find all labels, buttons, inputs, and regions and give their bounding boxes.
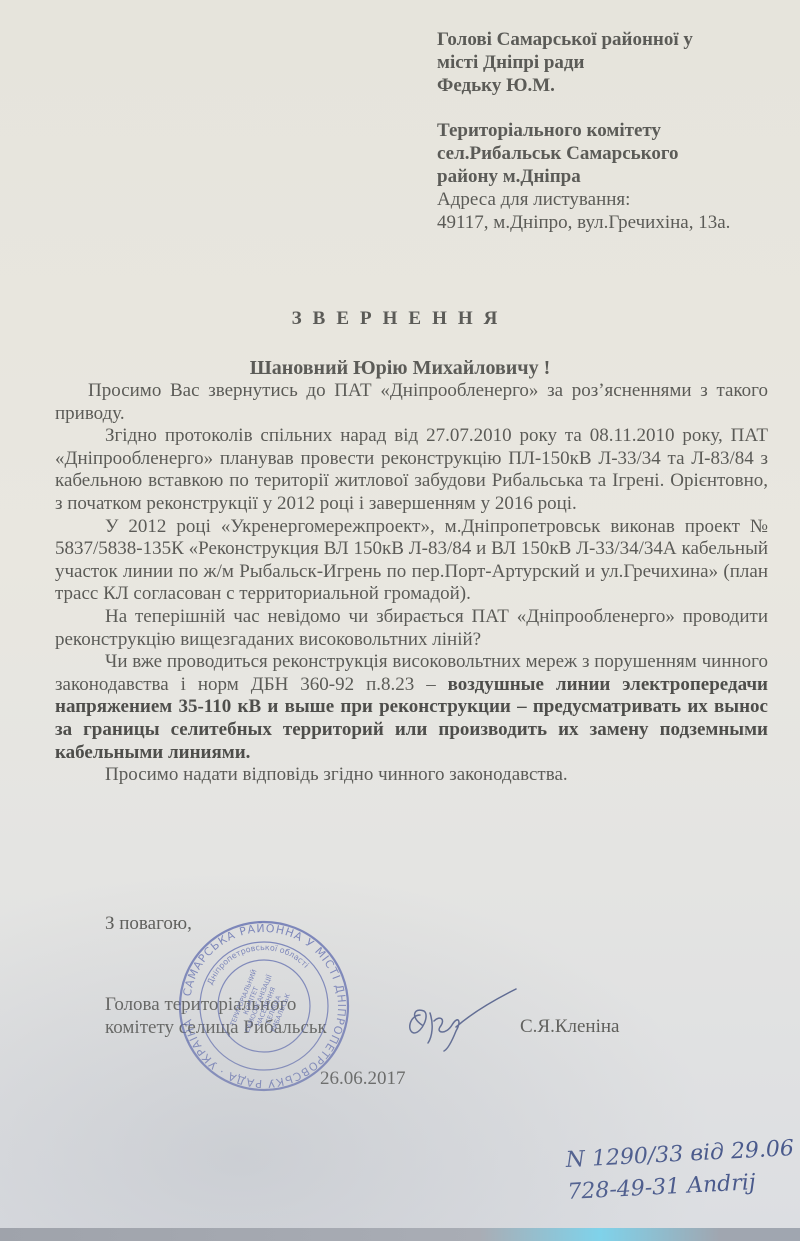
address-label: Адреса для листування: [437, 188, 797, 211]
document-title: ЗВЕРНЕННЯ [0, 308, 800, 330]
salutation: Шановний Юрію Михайловичу ! [0, 357, 800, 380]
paragraph: У 2012 році «Укренергомережпроект», м.Дн… [55, 516, 768, 606]
signer-name: С.Я.Кленіна [520, 1016, 619, 1038]
photo-edge-strip [0, 1228, 800, 1241]
paragraph: Згідно протоколів спільних нарад від 27.… [55, 425, 768, 515]
sender-line: Територіального комітету [437, 119, 797, 142]
scanned-letter: Голові Самарської районної у місті Дніпр… [0, 0, 800, 1241]
recipient-line: Федьку Ю.М. [437, 74, 797, 97]
postal-address: 49117, м.Дніпро, вул.Гречихіна, 13а. [437, 211, 797, 234]
recipient-line: місті Дніпрі ради [437, 51, 797, 74]
paragraph: Чи вже проводиться реконструкція високов… [55, 651, 768, 764]
addressee-block: Голові Самарської районної у місті Дніпр… [437, 28, 797, 234]
letter-body: Просимо Вас звернутись до ПАТ «Дніпрообл… [55, 380, 768, 787]
paragraph: На теперішній час невідомо чи збирається… [55, 606, 768, 651]
request-paragraph: Просимо надати відповідь згідно чинного … [55, 764, 768, 787]
recipient-line: Голові Самарської районної у [437, 28, 797, 51]
handwritten-signature-icon [400, 985, 520, 1055]
registration-note: N 1290/33 від 29.06 728-49-31 Andrij [565, 1133, 800, 1209]
official-stamp-icon: САМАРСЬКА РАЙОННА У МІСТІ ДНІПРОПЕТРОВСЬ… [178, 920, 350, 1092]
sender-line: сел.Рибальськ Самарського [437, 142, 797, 165]
paragraph: Просимо Вас звернутись до ПАТ «Дніпрообл… [55, 380, 768, 425]
sender-line: району м.Дніпра [437, 165, 797, 188]
